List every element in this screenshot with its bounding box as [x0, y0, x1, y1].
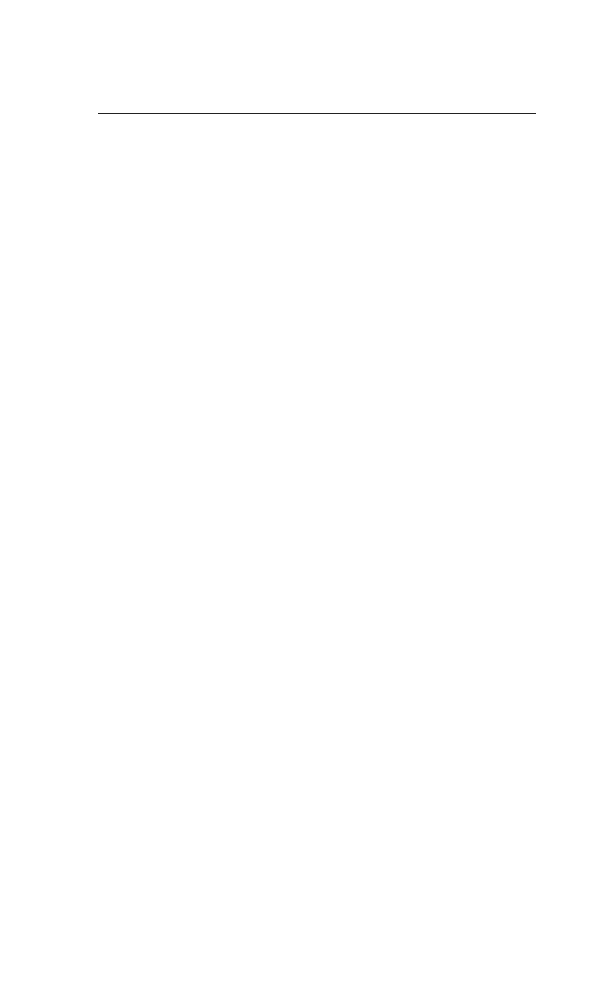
document-page — [0, 0, 600, 989]
header-rule — [98, 113, 536, 114]
running-head — [98, 96, 536, 116]
